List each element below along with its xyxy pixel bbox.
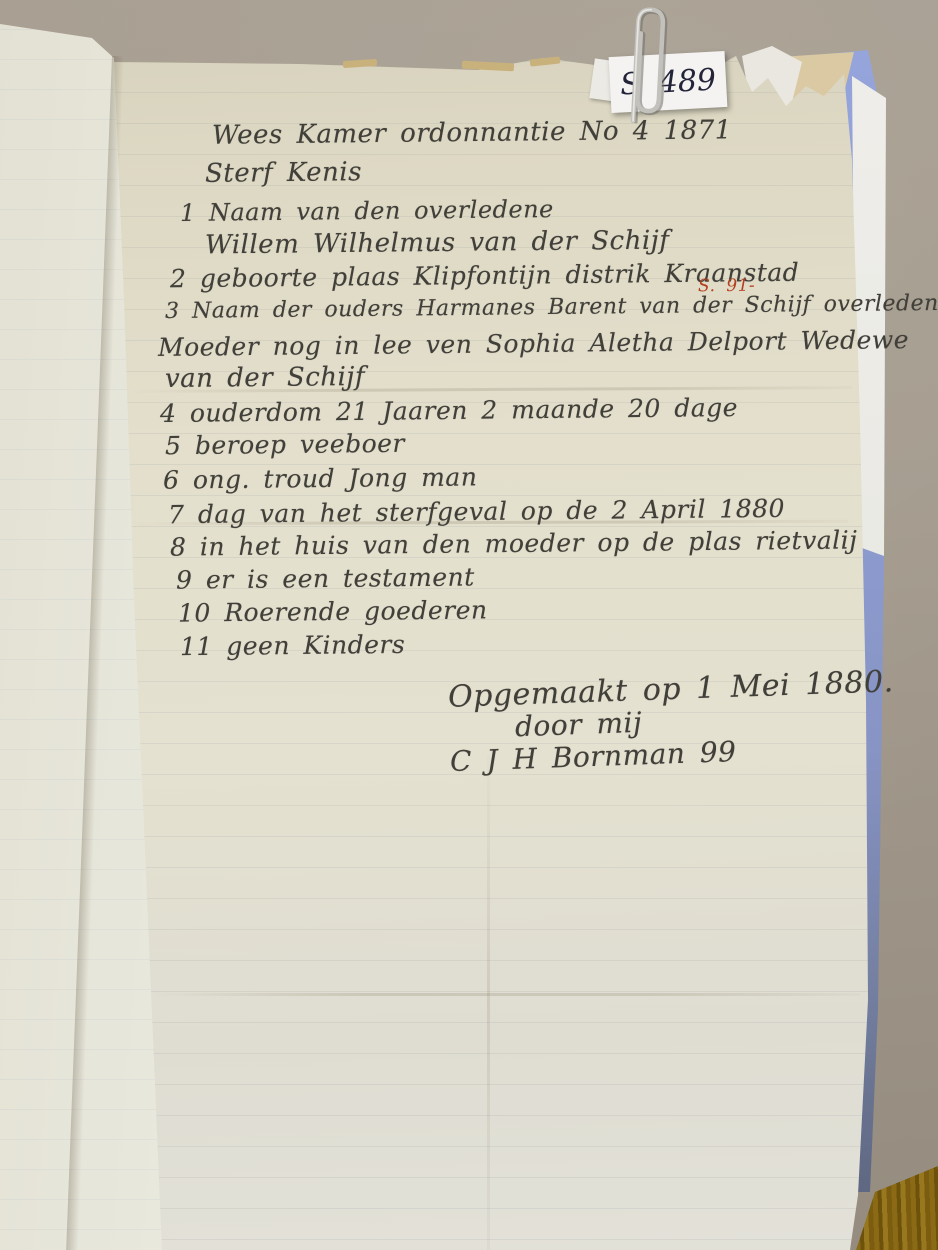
handwritten-line: 9 er is een testament — [176, 562, 475, 594]
handwritten-line: 5 beroep veeboer — [165, 429, 405, 461]
handwritten-line: 10 Roerende goederen — [178, 595, 488, 627]
handwritten-line: 1 Naam van den overledene — [180, 195, 554, 227]
photo-scene: Wees Kamer ordonnantie No 4 1871 Sterf K… — [0, 0, 938, 1250]
paper-clip-icon — [615, 4, 687, 125]
handwritten-line: 6 ong. troud Jong man — [163, 462, 478, 494]
handwritten-line: van der Schijf — [165, 362, 365, 394]
handwritten-line: 4 ouderdom 21 Jaaren 2 maande 20 dage — [160, 393, 738, 428]
handwritten-subtitle: Sterf Kenis — [205, 157, 362, 189]
signature-line: door mij — [514, 706, 642, 743]
handwritten-line: Willem Wilhelmus van der Schijf — [205, 226, 670, 261]
handwritten-line: 11 geen Kinders — [180, 630, 406, 661]
